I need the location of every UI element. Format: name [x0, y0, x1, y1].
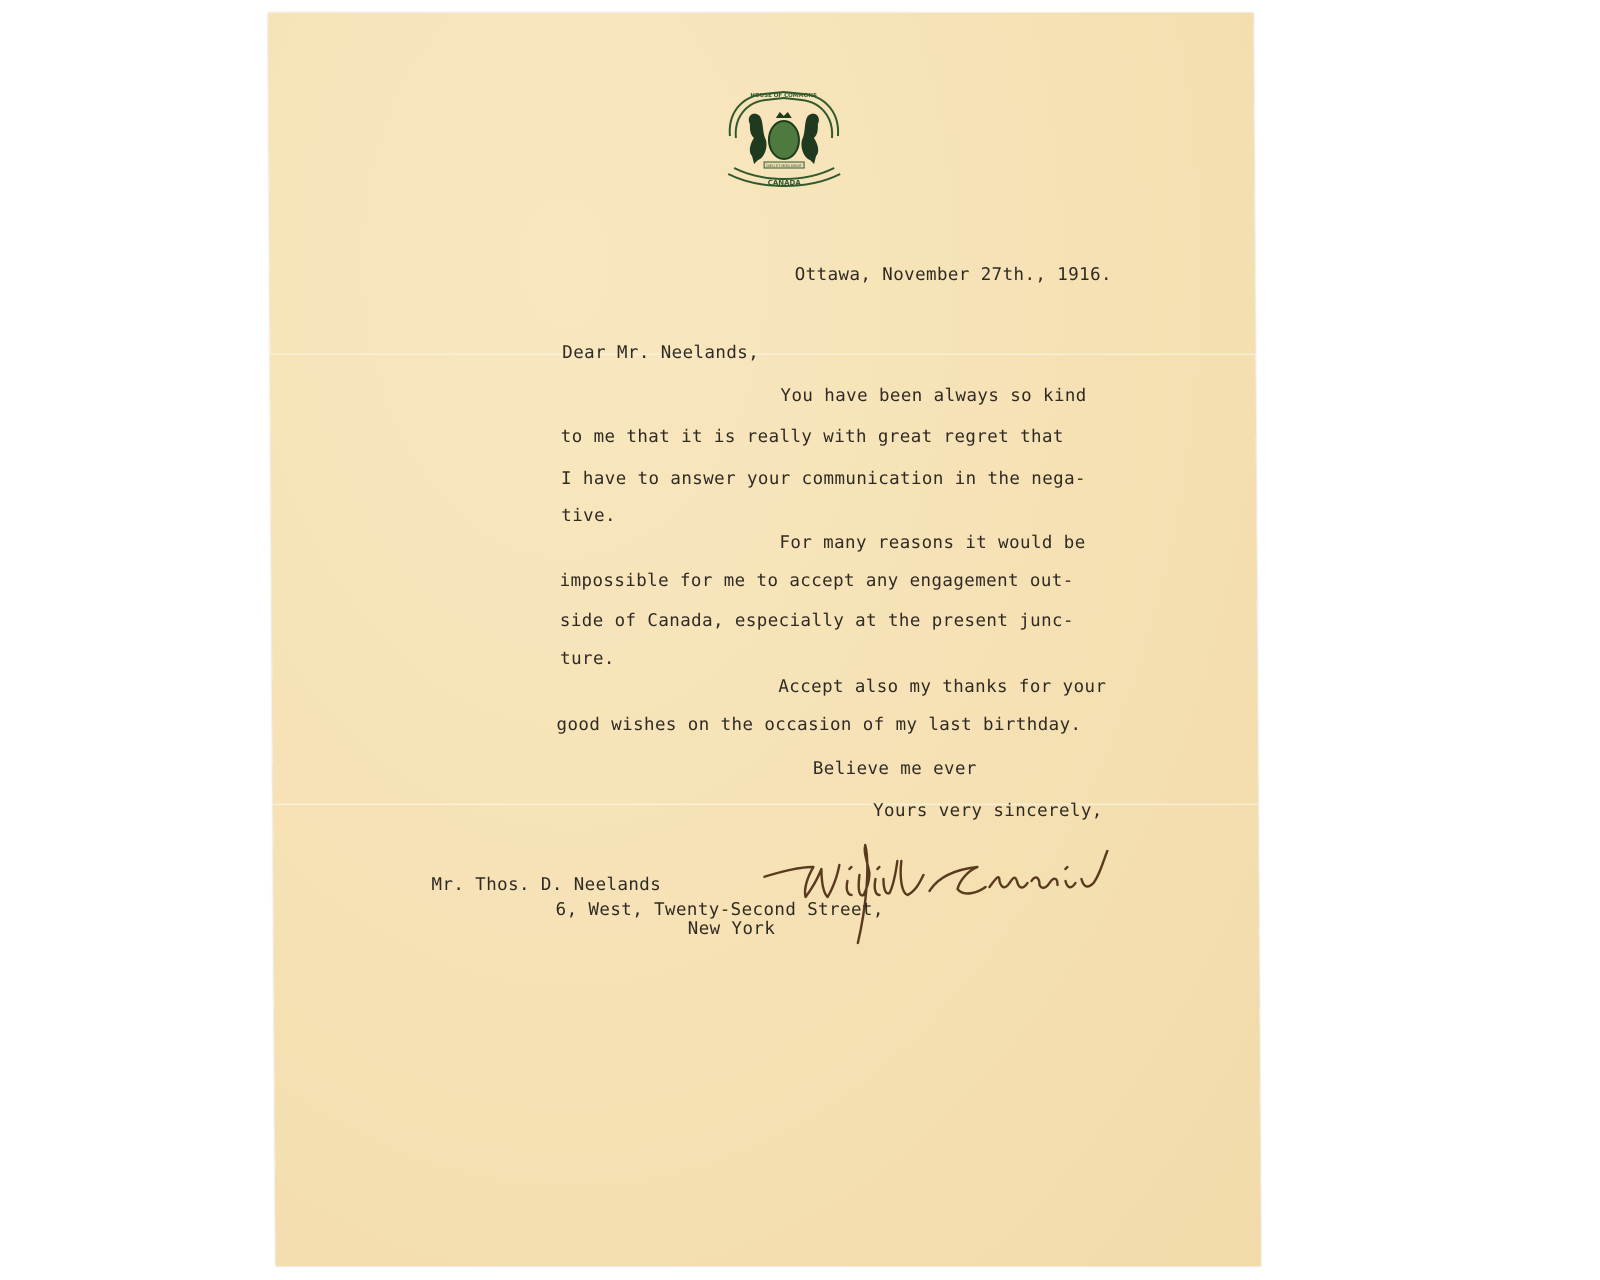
body-line: to me that it is really with great regre… [561, 427, 1064, 447]
signature-text: Wilfrid Laurier [763, 831, 770, 832]
recipient-address-line2: New York [688, 919, 776, 939]
date-line: Ottawa, November 27th., 1916. [795, 265, 1112, 285]
body-line: good wishes on the occasion of my last b… [556, 715, 1081, 735]
paper-fold-crease [270, 353, 1255, 356]
paper-fold-crease [273, 803, 1258, 806]
body-line: tive. [561, 506, 616, 526]
closing-line: Believe me ever [813, 759, 977, 779]
handwritten-signature: Wilfrid Laurier [763, 831, 1164, 951]
crest-house-of-commons-label: HOUSE OF COMMONS [750, 93, 817, 99]
body-line: ture. [560, 649, 615, 669]
body-line: side of Canada, especially at the presen… [560, 611, 1074, 631]
house-of-commons-crest-icon: CANADA HOUSE OF COMMONS DIEU ET MON DROI… [724, 86, 845, 191]
crest-motto: DIEU ET MON DROIT [766, 164, 803, 168]
body-line: You have been always so kind [780, 386, 1086, 406]
letter-paper: CANADA HOUSE OF COMMONS DIEU ET MON DROI… [268, 13, 1261, 1266]
recipient-address-line1: 6, West, Twenty-Second Street, [556, 900, 884, 920]
body-line: For many reasons it would be [779, 533, 1085, 553]
salutation: Dear Mr. Neelands, [562, 343, 759, 363]
closing-line: Yours very sincerely, [873, 801, 1103, 821]
body-line: Accept also my thanks for your [778, 677, 1106, 697]
body-line: impossible for me to accept any engageme… [560, 571, 1074, 591]
body-line: I have to answer your communication in t… [561, 469, 1086, 489]
crest-canada-label: CANADA [768, 179, 802, 187]
recipient-name: Mr. Thos. D. Neelands [431, 875, 661, 895]
